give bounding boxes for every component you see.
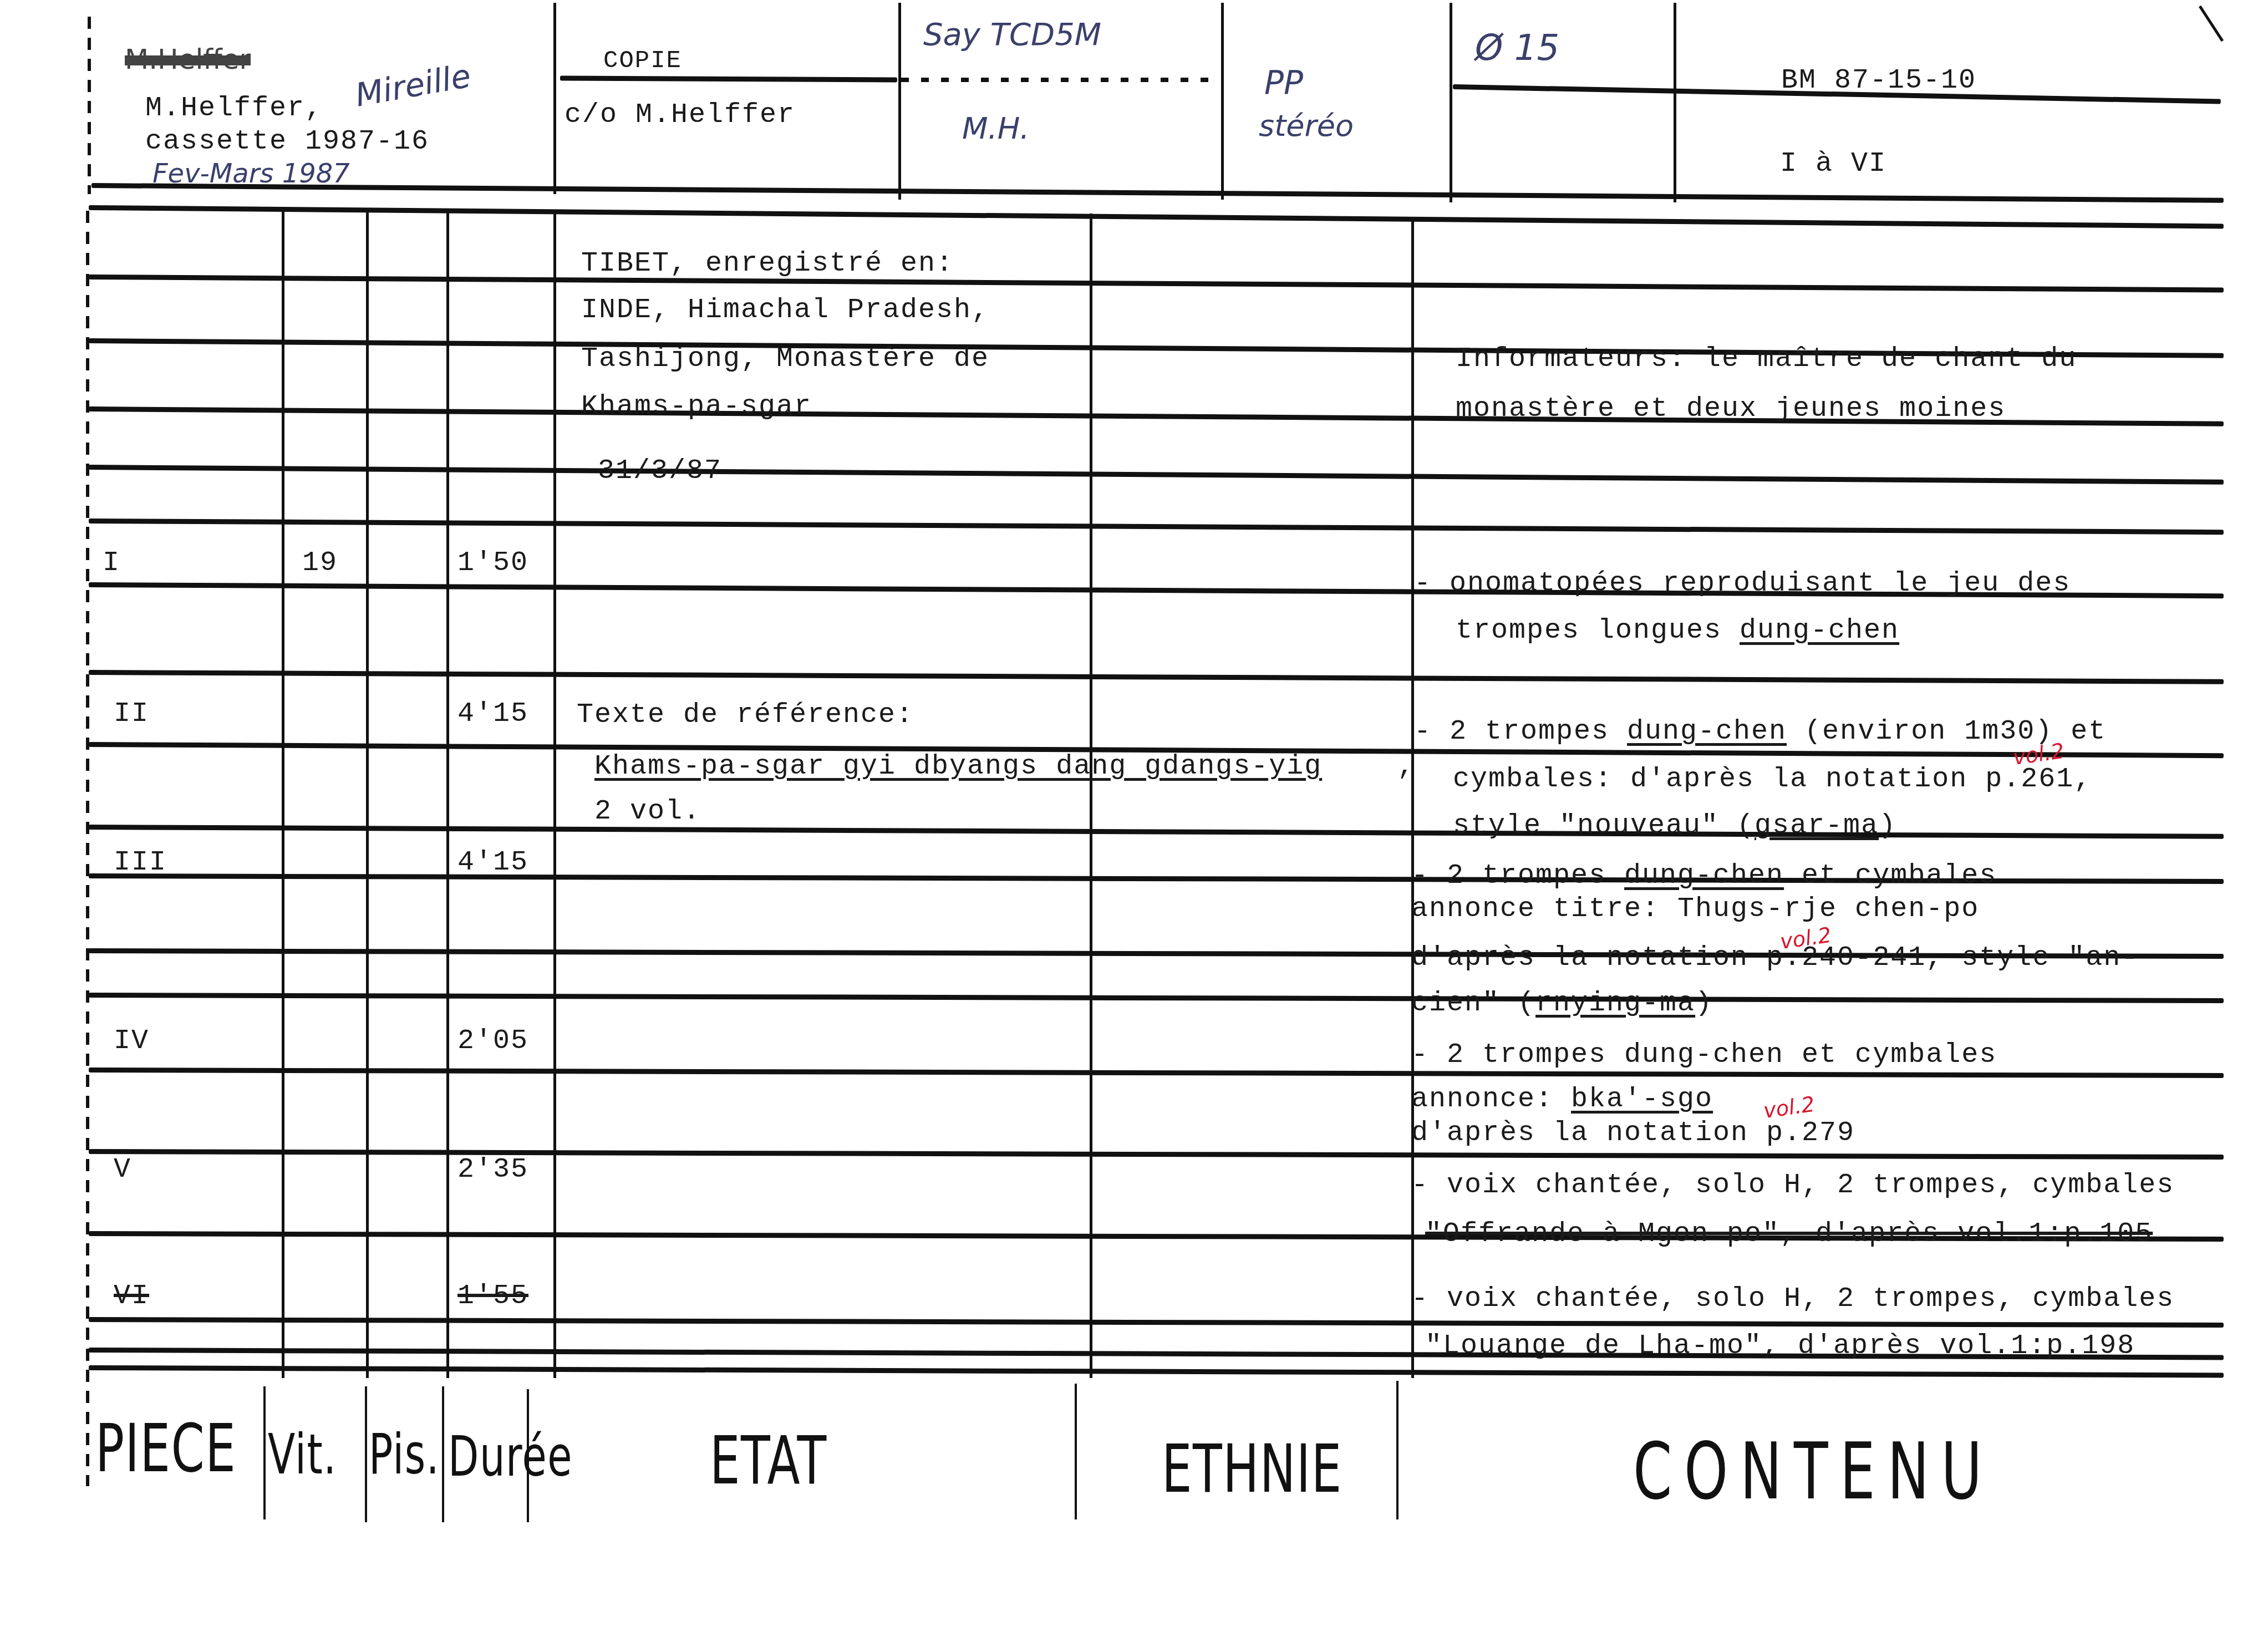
recording-date: 31/3/87 (598, 456, 722, 487)
col-divider-etat-ethnie (1090, 213, 1092, 1378)
contenu-line: trompes longues dung-chen (1456, 616, 1899, 647)
contenu-text: ) (1695, 988, 1713, 1019)
contenu-text: style "nouveau" ( (1453, 810, 1755, 842)
stereo-handwritten: stéréo (1259, 108, 1354, 143)
duree-value: 2'05 (457, 1026, 528, 1057)
row-rule (89, 1149, 2224, 1160)
contenu-text: - 2 trompes (1411, 860, 1624, 892)
header-divider (1450, 3, 1452, 202)
row-rule (89, 518, 2224, 535)
table-top-rule (89, 205, 2224, 229)
pp-handwritten: PP (1264, 64, 1303, 101)
contenu-line-struck: "Offrande à Mgon po", d'après vol.1:p.10… (1425, 1219, 2153, 1250)
footer-label-piece: PIECE (95, 1413, 236, 1485)
etat-line: Khams-pa-sgar (581, 392, 812, 423)
duree-value: 2'35 (457, 1155, 528, 1186)
contenu-text: - 2 trompes (1414, 716, 1627, 748)
format-handwritten: Say TCD5M (923, 17, 1101, 53)
style-term: rnying-ma (1535, 988, 1695, 1019)
contenu-line: - voix chantée, solo H, 2 trompes, cymba… (1411, 1170, 2174, 1201)
cassette-label: cassette 1987-16 (145, 126, 429, 157)
contenu-text: annonce: (1411, 1084, 1571, 1115)
footer-label-etat: ETAT (710, 1425, 827, 1497)
col-divider-vit-pis (366, 211, 369, 1378)
range-label: I à VI (1780, 149, 1886, 180)
piece-number: II (114, 699, 149, 730)
contenu-line: d'après la notation p.240-241, style "an… (1411, 943, 2139, 974)
row-rule (89, 274, 2224, 293)
contenu-line: annonce titre: Thugs-rje chen-po (1411, 894, 1979, 925)
footer-label-pis: Pis. (369, 1419, 440, 1491)
etat-line: INDE, Himachal Pradesh, (581, 295, 989, 326)
piece-number: IV (114, 1026, 149, 1057)
col-divider-duree-etat (553, 211, 556, 1378)
contenu-text: ) (1879, 810, 1896, 842)
footer-divider (1075, 1384, 1077, 1519)
instrument-term: dung-chen (1627, 716, 1787, 748)
piece-number: V (114, 1155, 131, 1186)
contenu-line: - voix chantée, solo H, 2 trompes, cymba… (1411, 1284, 2174, 1315)
contenu-line: style "nouveau" (gsar-ma) (1453, 811, 1896, 842)
contenu-text: cien" ( (1411, 988, 1535, 1019)
contenu-line: "Louange de Lha-mo", d'après vol.1:p.198 (1425, 1331, 2135, 1362)
header-divider (1674, 3, 1676, 202)
etat-line: Tashijong, Monastère de (581, 344, 989, 375)
care-of-label: c/o M.Helffer (565, 100, 795, 131)
duree-value: 1'55 (457, 1281, 528, 1312)
corner-slash-mark (2199, 6, 2224, 42)
col-divider-pis-duree (446, 211, 449, 1378)
copie-underline (560, 75, 897, 82)
header-divider (898, 3, 901, 200)
row-rule (89, 670, 2224, 684)
row-rule (89, 1317, 2224, 1328)
contenu-text: trompes longues (1456, 615, 1740, 647)
struck-name: M.Helffer (125, 43, 251, 75)
footer-divider (1396, 1381, 1399, 1519)
header-bottom-rule (91, 183, 2224, 203)
style-term: gsar-ma (1755, 810, 1879, 842)
piece-number: VI (114, 1281, 149, 1312)
contenu-line: cymbales: d'après la notation p.261, (1453, 764, 2092, 795)
copie-label: COPIE (603, 45, 682, 77)
informants-line: monastère et deux jeunes moines (1456, 394, 2006, 425)
initials-handwritten: M.H. (962, 111, 1030, 146)
instrument-term: dung-chen (1740, 615, 1899, 647)
informants-line: Informateurs: le maître de chant du (1456, 344, 2077, 375)
etat-line: TIBET, enregistré en: (581, 248, 954, 279)
name-prefix: M.Helffer, (145, 93, 323, 124)
footer-divider (442, 1386, 444, 1522)
speed-handwritten: Ø 15 (1475, 28, 1559, 69)
footer-divider (365, 1386, 367, 1522)
instrument-term: dung-chen (1624, 860, 1784, 892)
row-rule (89, 825, 2224, 839)
reference-number: BM 87-15-10 (1781, 65, 1976, 96)
contenu-line: - 2 trompes dung-chen et cymbales (1411, 1040, 1997, 1071)
name-handwritten: Mireille (353, 57, 474, 114)
contenu-text: et cymbales (1784, 860, 1997, 892)
duree-value: 1'50 (457, 548, 528, 579)
piece-number: I (103, 548, 120, 579)
contenu-line: cien" (rnying-ma) (1411, 988, 1713, 1019)
header-divider (553, 3, 556, 194)
vit-value: 19 (302, 548, 338, 579)
header-divider (1221, 3, 1224, 200)
reference-text-comma: , (1397, 751, 1415, 782)
duree-value: 4'15 (457, 847, 528, 878)
piece-number: III (114, 847, 167, 878)
left-margin-dashed-rule (86, 211, 89, 1486)
footer-label-vit: Vit. (268, 1419, 337, 1491)
footer-label-duree: Durée (448, 1421, 573, 1493)
col-divider-piece-vit (282, 211, 284, 1378)
row-rule (89, 993, 2224, 1003)
duree-value: 4'15 (457, 699, 528, 730)
footer-label-contenu: CONTENU (1633, 1436, 1994, 1508)
contenu-line: - 2 trompes dung-chen (environ 1m30) et (1414, 716, 2106, 748)
col-divider-ethnie-contenu (1411, 219, 1414, 1378)
reference-text-label: Texte de référence: (577, 700, 914, 731)
contenu-line: d'après la notation p.279 (1411, 1118, 1855, 1149)
reference-text-title: Khams-pa-sgar gyi dbyangs dang gdangs-yi… (594, 751, 1322, 782)
row-rule (89, 1365, 2224, 1377)
row-rule (89, 465, 2224, 485)
dotted-separator (901, 78, 1220, 82)
announce-title: bka'-sgo (1571, 1084, 1713, 1115)
contenu-line: annonce: bka'-sgo (1411, 1084, 1713, 1115)
date-handwritten: Fev-Mars 1987 (152, 158, 350, 189)
footer-label-ethnie: ETHNIE (1162, 1433, 1343, 1506)
left-margin-dashed-rule (88, 17, 91, 194)
reference-text-volumes: 2 vol. (594, 796, 701, 827)
contenu-line: - 2 trompes dung-chen et cymbales (1411, 861, 1997, 892)
footer-divider (263, 1386, 266, 1519)
contenu-line: - onomatopées reproduisant le jeu des (1414, 568, 2071, 599)
